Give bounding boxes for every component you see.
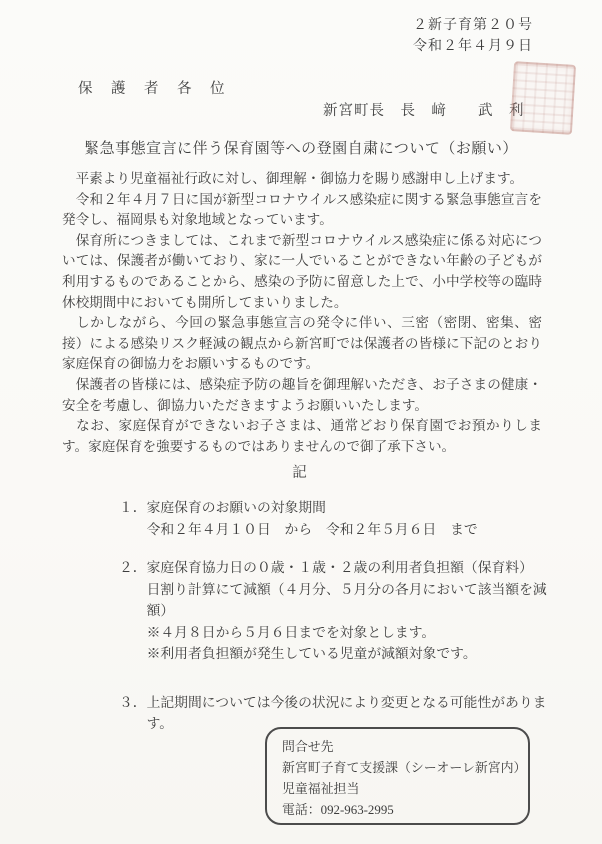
notice-list: １．家庭保育のお願いの対象期間 令和２年４月１０日 から 令和２年５月６日 まで… <box>119 497 551 751</box>
notice-item-2: ２．家庭保育協力日の０歳・１歳・２歳の利用者負担額（保育料） 日割り計算にて減額… <box>119 557 551 665</box>
notice-item-2-line: 日割り計算にて減額（４月分、５月分の各月において該当額を減額） <box>119 579 551 622</box>
body-paragraph: 保育所につきましては、これまで新型コロナウイルス感染症に係る対応については、保護… <box>62 231 542 313</box>
notice-item-1: １．家庭保育のお願いの対象期間 令和２年４月１０日 から 令和２年５月６日 まで <box>119 497 551 540</box>
body-paragraph: 令和２年４月７日に国が新型コロナウイルス感染症に関する緊急事態宣言を発令し、福岡… <box>62 190 542 231</box>
document-page: ２新子育第２０号 令和２年４月９日 保 護 者 各 位 新宮町長 長 﨑 武 利… <box>0 0 602 844</box>
notice-item-1-label: １．家庭保育のお願いの対象期間 <box>119 497 551 519</box>
doc-number: ２新子育第２０号 <box>413 15 533 36</box>
body-paragraph: なお、家庭保育ができないお子さまは、通常どおり保育園でお預かりします。家庭保育を… <box>62 416 542 457</box>
contact-section: 児童福祉担当 <box>282 779 522 800</box>
notice-heading: 記 <box>0 461 602 482</box>
document-title: 緊急事態宣言に伴う保育園等への登園自粛について（お願い） <box>0 137 602 158</box>
sender-name: 新宮町長 長 﨑 武 利 <box>323 99 525 120</box>
notice-item-2-line: ※利用者負担額が発生している児童が減額対象です。 <box>119 643 551 665</box>
contact-label: 問合せ先 <box>282 737 522 758</box>
document-body: 平素より児童福祉行政に対し、御理解・御協力を賜り感謝申し上げます。 令和２年４月… <box>62 169 542 457</box>
addressee: 保 護 者 各 位 <box>78 77 227 98</box>
contact-box: 問合せ先 新宮町子育て支援課（シーオーレ新宮内） 児童福祉担当 電話：092-9… <box>265 727 530 825</box>
contact-phone: 電話：092-963-2995 <box>282 800 522 821</box>
issue-date: 令和２年４月９日 <box>413 36 533 57</box>
notice-item-2-line: ※４月８日から５月６日までを対象とします。 <box>119 622 551 644</box>
notice-item-1-line: 令和２年４月１０日 から 令和２年５月６日 まで <box>119 519 551 541</box>
contact-department: 新宮町子育て支援課（シーオーレ新宮内） <box>282 758 522 779</box>
official-seal-stamp <box>510 61 576 135</box>
body-paragraph: しかしながら、今回の緊急事態宣言の発令に伴い、三密（密閉、密集、密接）による感染… <box>62 313 542 375</box>
notice-item-2-label: ２．家庭保育協力日の０歳・１歳・２歳の利用者負担額（保育料） <box>119 557 551 579</box>
body-paragraph: 保護者の皆様には、感染症予防の趣旨を御理解いただき、お子さまの健康・安全を考慮し… <box>62 375 542 416</box>
body-paragraph: 平素より児童福祉行政に対し、御理解・御協力を賜り感謝申し上げます。 <box>62 169 542 190</box>
document-header: ２新子育第２０号 令和２年４月９日 <box>413 15 533 57</box>
